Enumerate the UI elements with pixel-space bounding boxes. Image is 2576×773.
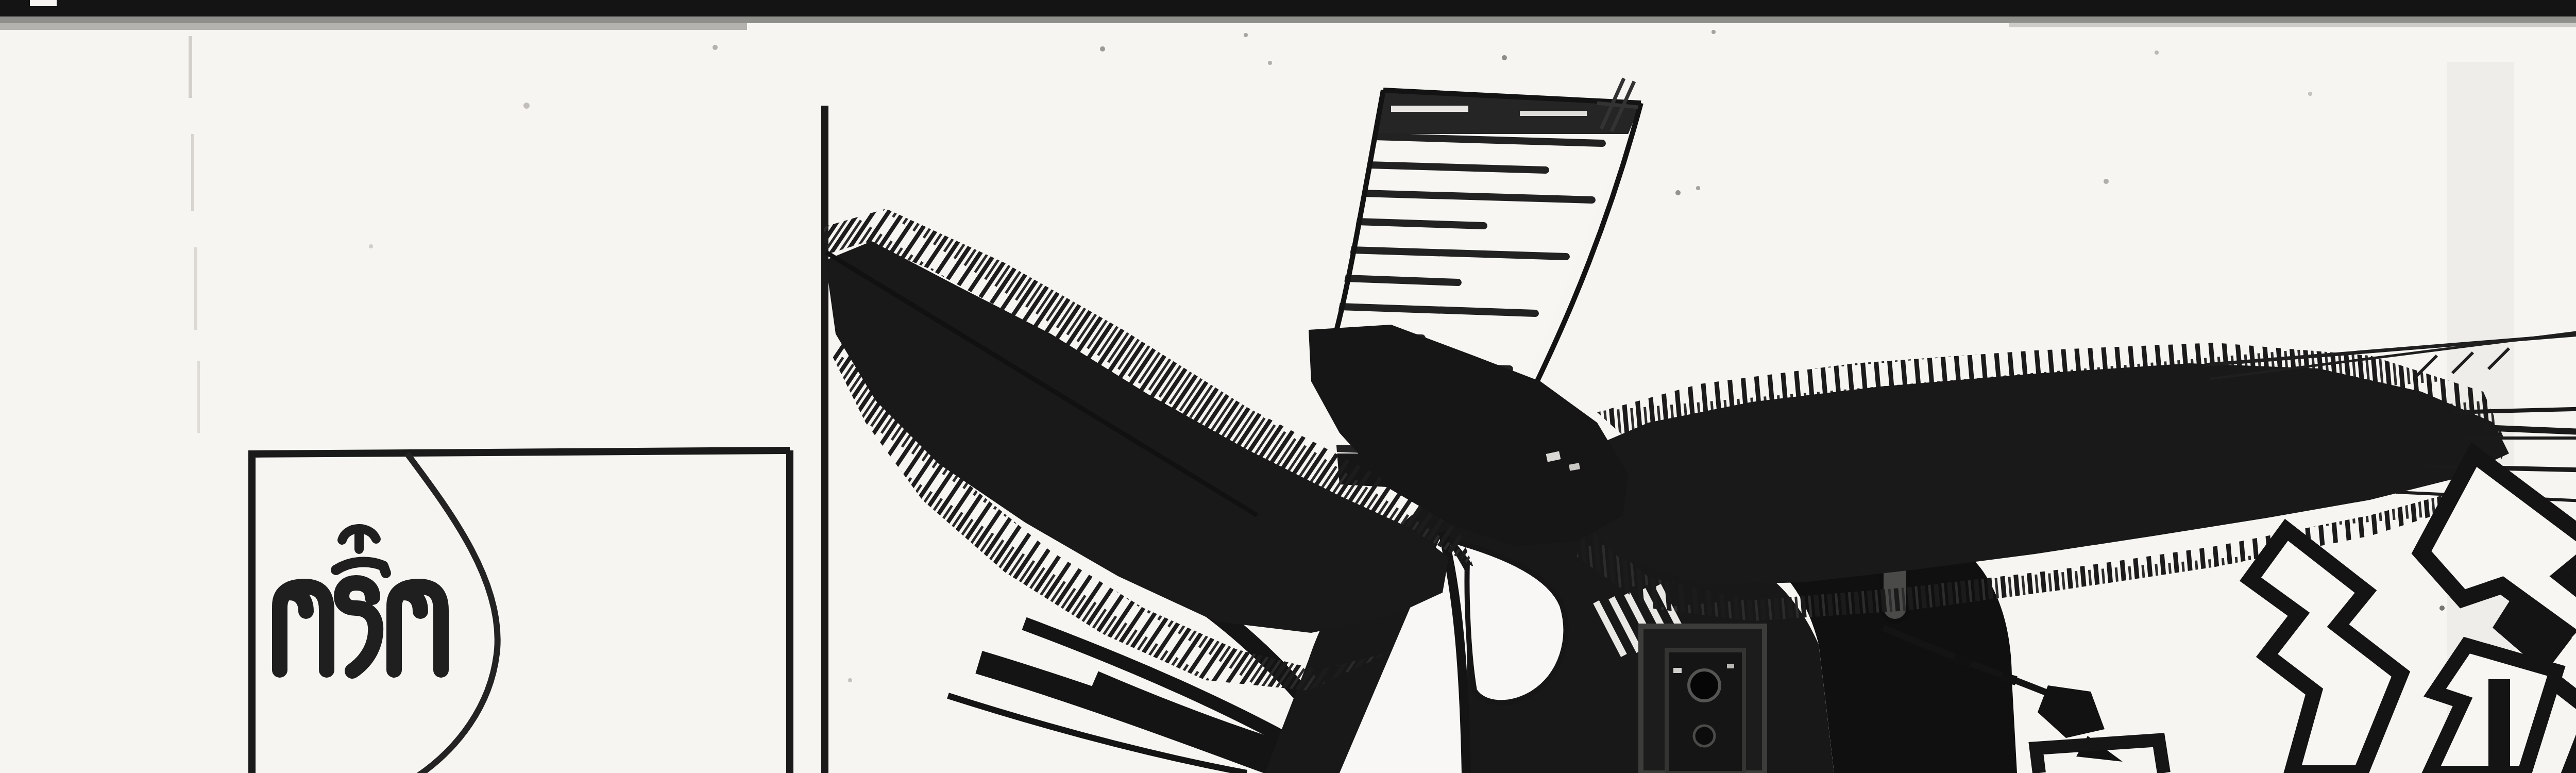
bar-scan-notch — [30, 0, 57, 6]
impact-bolt-middle-slit — [2488, 679, 2510, 773]
sight-panel — [1641, 626, 1765, 773]
sight-lens-large — [1689, 670, 1720, 701]
sight-lens-small — [1694, 726, 1715, 746]
manga-page-panel: กริ๊ก — [0, 0, 2576, 773]
manga-panel-artwork: กริ๊ก — [0, 0, 2576, 773]
